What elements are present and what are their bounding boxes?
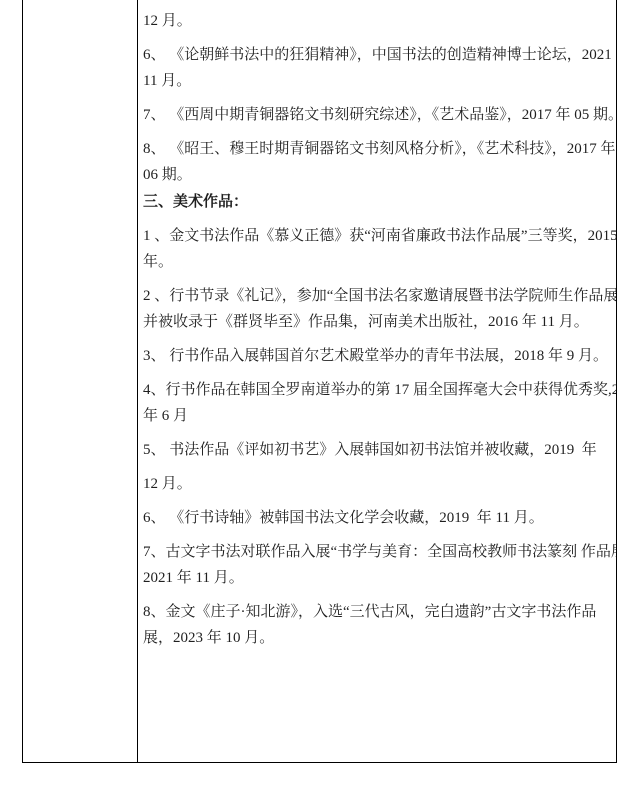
list-paragraph: 12 月。 <box>143 471 612 497</box>
text-line: 年。 <box>143 249 612 275</box>
list-paragraph: 8、金文《庄子·知北游》，入选“三代古风，完白遗韵”古文字书法作品展，2023 … <box>143 599 612 651</box>
list-paragraph: 7、 《西周中期青铜器铭文书刻研究综述》，《艺术品鉴》，2017 年 05 期。 <box>143 102 612 128</box>
list-paragraph: 5、 书法作品《评如初书艺》入展韩国如初书法馆并被收藏，2019 年 <box>143 437 612 463</box>
table-label-cell <box>23 0 138 762</box>
text-line: 11 月。 <box>143 68 612 94</box>
text-line: 2 、行书节录《礼记》，参加“全国书法名家邀请展暨书法学院师生作品展”， <box>143 283 612 309</box>
text-line: 1 、金文书法作品《慕义正德》获“河南省廉政书法作品展”三等奖，2015 <box>143 223 612 249</box>
text-line: 8、金文《庄子·知北游》，入选“三代古风，完白遗韵”古文字书法作品 <box>143 599 612 625</box>
text-line: 展，2023 年 10 月。 <box>143 625 612 651</box>
text-line: 4、行书作品在韩国全罗南道举办的第 17 届全国挥毫大会中获得优秀奖,2019 <box>143 377 612 403</box>
text-line: 2021 年 11 月。 <box>143 565 612 591</box>
text-line: 5、 书法作品《评如初书艺》入展韩国如初书法馆并被收藏，2019 年 <box>143 437 612 463</box>
text-line: 06 期。 <box>143 162 612 188</box>
resume-table: 12 月。6、 《论朝鲜书法中的狂狷精神》，中国书法的创造精神博士论坛，2021… <box>22 0 617 763</box>
text-line: 并被收录于《群贤毕至》作品集，河南美术出版社，2016 年 11 月。 <box>143 309 612 335</box>
list-paragraph: 3、 行书作品入展韩国首尔艺术殿堂举办的青年书法展，2018 年 9 月。 <box>143 343 612 369</box>
list-paragraph: 1 、金文书法作品《慕义正德》获“河南省廉政书法作品展”三等奖，2015年。 <box>143 223 612 275</box>
text-line: 7、古文字书法对联作品入展“书学与美育：全国高校教师书法篆刻 作品展”， <box>143 539 612 565</box>
list-paragraph: 8、 《昭王、穆王时期青铜器铭文书刻风格分析》，《艺术科技》，2017 年06 … <box>143 136 612 188</box>
text-line: 3、 行书作品入展韩国首尔艺术殿堂举办的青年书法展，2018 年 9 月。 <box>143 343 612 369</box>
list-paragraph: 4、行书作品在韩国全罗南道举办的第 17 届全国挥毫大会中获得优秀奖,2019年… <box>143 377 612 429</box>
list-paragraph: 6、 《行书诗轴》被韩国书法文化学会收藏，2019 年 11 月。 <box>143 505 612 531</box>
text-line: 6、 《行书诗轴》被韩国书法文化学会收藏，2019 年 11 月。 <box>143 505 612 531</box>
table-content-cell: 12 月。6、 《论朝鲜书法中的狂狷精神》，中国书法的创造精神博士论坛，2021… <box>138 0 616 762</box>
list-paragraph: 6、 《论朝鲜书法中的狂狷精神》，中国书法的创造精神博士论坛，2021 年11 … <box>143 42 612 94</box>
text-line: 8、 《昭王、穆王时期青铜器铭文书刻风格分析》，《艺术科技》，2017 年 <box>143 136 612 162</box>
text-line: 年 6 月 <box>143 403 612 429</box>
list-paragraph: 7、古文字书法对联作品入展“书学与美育：全国高校教师书法篆刻 作品展”，2021… <box>143 539 612 591</box>
text-line: 12 月。 <box>143 8 612 34</box>
content-paragraphs: 12 月。6、 《论朝鲜书法中的狂狷精神》，中国书法的创造精神博士论坛，2021… <box>143 8 612 651</box>
list-paragraph: 12 月。 <box>143 8 612 34</box>
text-line: 7、 《西周中期青铜器铭文书刻研究综述》，《艺术品鉴》，2017 年 05 期。 <box>143 102 612 128</box>
text-line: 三、美术作品： <box>143 189 612 215</box>
text-line: 6、 《论朝鲜书法中的狂狷精神》，中国书法的创造精神博士论坛，2021 年 <box>143 42 612 68</box>
list-paragraph: 2 、行书节录《礼记》，参加“全国书法名家邀请展暨书法学院师生作品展”，并被收录… <box>143 283 612 335</box>
text-line: 12 月。 <box>143 471 612 497</box>
section-heading: 三、美术作品： <box>143 189 612 215</box>
